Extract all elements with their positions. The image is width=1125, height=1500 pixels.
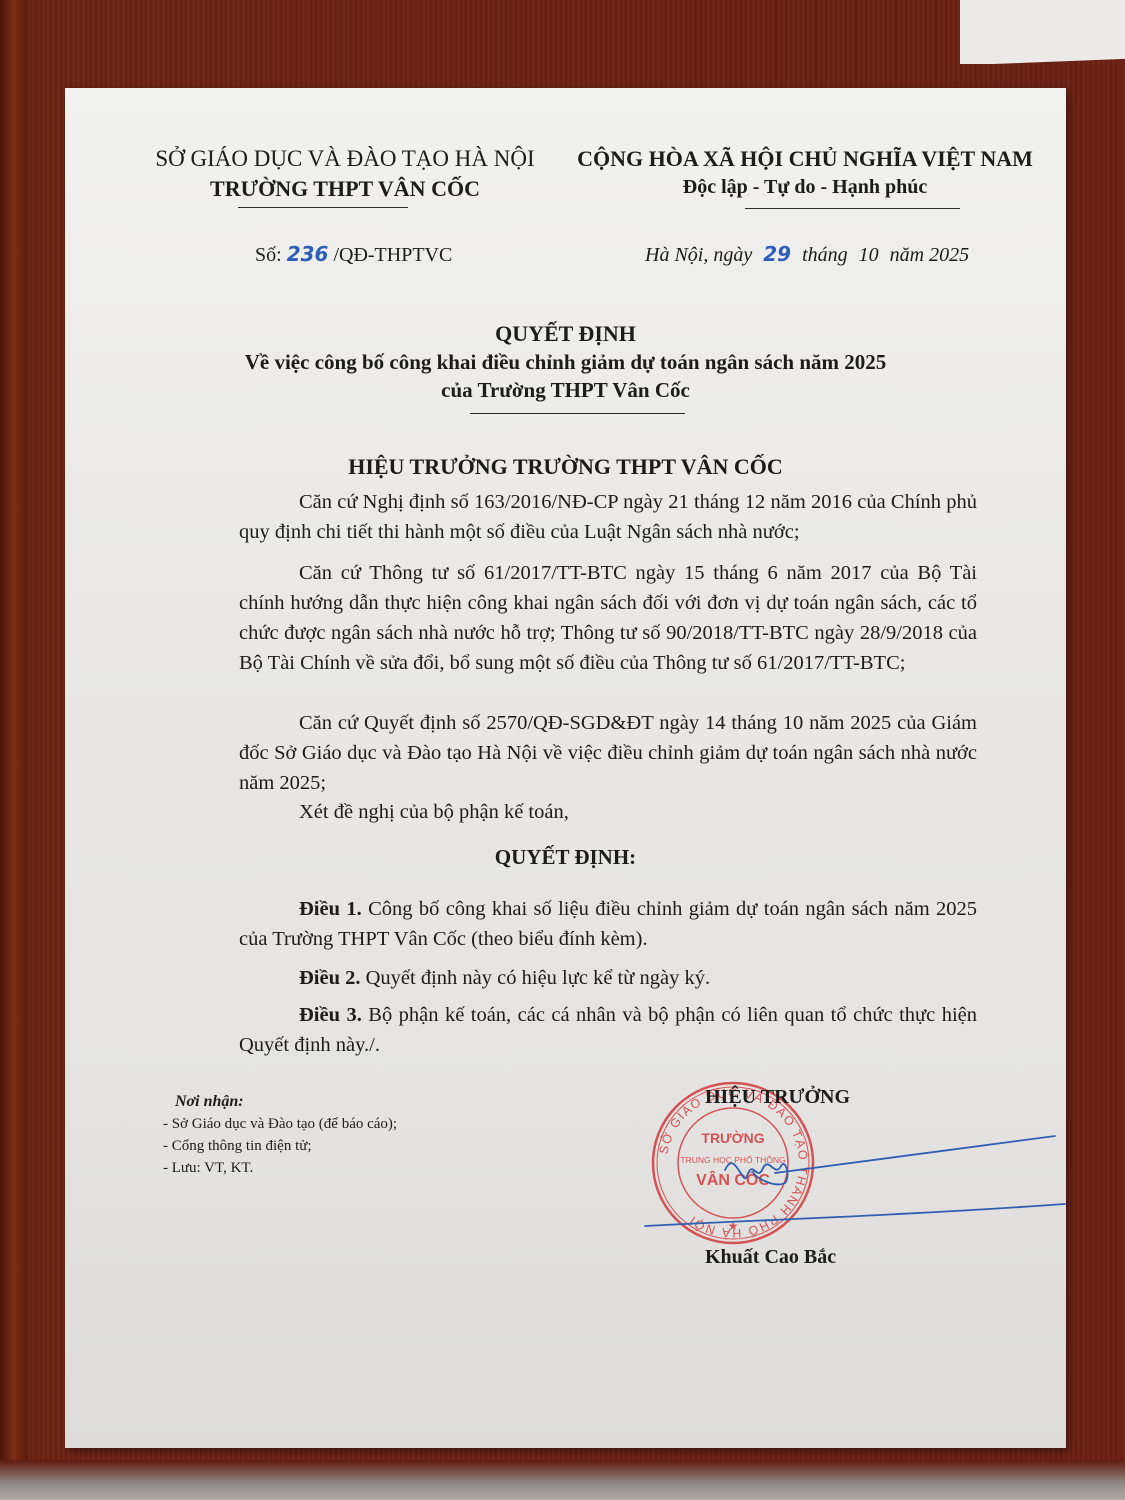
recipient-item: - Cổng thông tin điện tử; <box>163 1135 397 1157</box>
decision-document: SỞ GIÁO DỤC VÀ ĐÀO TẠO HÀ NỘI TRƯỜNG THP… <box>65 88 1066 1448</box>
decision-heading: QUYẾT ĐỊNH: <box>65 845 1066 870</box>
title-divider <box>470 413 685 414</box>
header-left-divider <box>238 207 408 208</box>
preamble-paragraph: Xét đề nghị của bộ phận kế toán, <box>239 797 977 827</box>
recipient-item: - Sở Giáo dục và Đào tạo (để báo cáo); <box>163 1113 397 1135</box>
preamble-paragraph: Căn cứ Quyết định số 2570/QĐ-SGD&ĐT ngày… <box>239 708 977 798</box>
preamble-paragraph: Căn cứ Thông tư số 61/2017/TT-BTC ngày 1… <box>239 558 977 678</box>
national-title: CỘNG HÒA XÃ HỘI CHỦ NGHĨA VIỆT NAM <box>545 146 1065 172</box>
number-handwritten: 236 <box>287 242 329 266</box>
recipient-item: - Lưu: VT, KT. <box>163 1157 397 1179</box>
article-label: Điều 3. <box>299 1004 362 1026</box>
document-subtitle-line-2: của Trường THPT Vân Cốc <box>65 378 1066 403</box>
article-text: Quyết định này có hiệu lực kể từ ngày ký… <box>361 967 711 989</box>
number-prefix: Số: <box>255 244 282 266</box>
date-year: 2025 <box>929 244 969 266</box>
recipients-label: Nơi nhận: <box>175 1091 397 1113</box>
date-month: 10 <box>859 244 879 266</box>
document-title: QUYẾT ĐỊNH <box>65 321 1066 347</box>
date-day-handwritten: 29 <box>763 242 791 266</box>
article-2: Điều 2. Quyết định này có hiệu lực kể từ… <box>239 963 977 993</box>
header-right-divider <box>745 208 960 209</box>
article-1: Điều 1. Công bố công khai số liệu điều c… <box>239 894 977 954</box>
preamble-paragraph: Căn cứ Nghị định số 163/2016/NĐ-CP ngày … <box>239 487 977 547</box>
date-prefix: Hà Nội, ngày <box>645 244 752 266</box>
date-year-label: năm <box>890 244 924 266</box>
handwritten-signature-icon <box>635 1128 1075 1238</box>
table-bottom-edge <box>0 1460 1125 1500</box>
recipients-block: Nơi nhận: - Sở Giáo dục và Đào tạo (để b… <box>163 1091 397 1179</box>
signatory-title: HIỆU TRƯỞNG <box>705 1086 850 1109</box>
signatory-name: Khuất Cao Bắc <box>705 1246 836 1269</box>
article-label: Điều 2. <box>299 967 361 989</box>
agency-name: SỞ GIÁO DỤC VÀ ĐÀO TẠO HÀ NỘI <box>145 146 545 172</box>
document-number: Số: 236 /QĐ-THPTVC <box>255 242 452 267</box>
date-month-label: tháng <box>802 244 848 266</box>
school-name: TRƯỜNG THPT VÂN CỐC <box>145 176 545 202</box>
national-motto: Độc lập - Tự do - Hạnh phúc <box>545 176 1065 199</box>
article-3: Điều 3. Bộ phận kế toán, các cá nhân và … <box>239 1000 977 1060</box>
wooden-table-edge <box>0 0 28 1500</box>
document-date: Hà Nội, ngày 29 tháng 10 năm 2025 <box>645 242 969 267</box>
document-subtitle-line-1: Về việc công bố công khai điều chỉnh giả… <box>65 350 1066 375</box>
background-paper-corner <box>960 0 1125 64</box>
issuing-authority: HIỆU TRƯỞNG TRƯỜNG THPT VÂN CỐC <box>65 454 1066 480</box>
number-suffix: /QĐ-THPTVC <box>333 244 452 266</box>
article-label: Điều 1. <box>299 898 362 920</box>
